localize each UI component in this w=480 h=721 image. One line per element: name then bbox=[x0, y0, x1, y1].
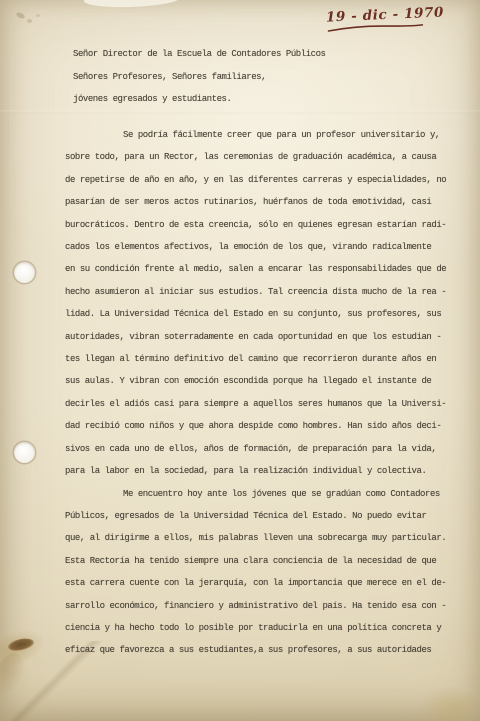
paper-speck bbox=[36, 14, 40, 17]
punch-hole bbox=[14, 442, 35, 463]
typed-line: dad recibió como niños y que ahora despi… bbox=[65, 415, 446, 437]
paper-speck bbox=[15, 11, 25, 19]
typed-line: sivos en cada uno de ellos, años de form… bbox=[65, 438, 446, 460]
typed-line: sobre todo, para un Rector, las ceremoni… bbox=[65, 146, 446, 168]
salutation-block: Señor Director de la Escuela de Contador… bbox=[73, 43, 326, 111]
typed-line: de repetirse de año en año, y en las dif… bbox=[65, 169, 446, 191]
typed-line: jóvenes egresados y estudiantes. bbox=[73, 88, 326, 111]
typed-line: sarrollo económico, financiero y adminis… bbox=[65, 595, 446, 617]
typed-line: ciencia y ha hecho todo lo posible por t… bbox=[65, 617, 446, 639]
typed-line: autoridades, vibran soterradamente en ca… bbox=[65, 326, 446, 348]
typed-line: pasarían de ser meros actos rutinarios, … bbox=[65, 191, 446, 213]
typed-line: cados los elementos afectivos, la emoció… bbox=[65, 236, 446, 258]
punch-hole bbox=[14, 262, 35, 283]
typed-line: hecho asumieron al iniciar sus estudios.… bbox=[65, 281, 446, 303]
paper-sheet: 19 - dic - 1970 Señor Director de la Esc… bbox=[0, 0, 480, 721]
paper-crease bbox=[0, 110, 480, 114]
paragraph: Me encuentro hoy ante los jóvenes que se… bbox=[65, 483, 446, 662]
typed-line: Esta Rectoría ha tenido siempre una clar… bbox=[65, 550, 446, 572]
typed-line: burocráticos. Dentro de esta creencia, s… bbox=[65, 214, 446, 236]
typed-line: Señores Profesores, Señores familiares, bbox=[73, 66, 326, 89]
speech-body: Se podría fácilmente creer que para un p… bbox=[65, 124, 446, 662]
paragraph: Se podría fácilmente creer que para un p… bbox=[65, 124, 446, 483]
typed-line: sus aulas. Y vibran con emoción escondid… bbox=[65, 370, 446, 392]
typed-line: esta carrera cuente con la jerarquía, co… bbox=[65, 572, 446, 594]
typed-line: que, al dirigirme a ellos, mis palabras … bbox=[65, 527, 446, 549]
typed-line: Se podría fácilmente creer que para un p… bbox=[65, 124, 446, 146]
typed-line: Públicos, egresados de la Universidad Té… bbox=[65, 505, 446, 527]
typed-line: para la labor en la sociedad, para la re… bbox=[65, 460, 446, 482]
typed-line: tes llegan al término definitivo del cam… bbox=[65, 348, 446, 370]
typed-line: Me encuentro hoy ante los jóvenes que se… bbox=[65, 483, 446, 505]
handwritten-date-text: 19 - dic - 1970 bbox=[326, 4, 445, 25]
handwritten-date: 19 - dic - 1970 bbox=[326, 3, 445, 32]
paper-stain bbox=[420, 686, 476, 721]
paper-speck bbox=[27, 19, 32, 23]
typed-line: decirles el adiós casi para siempre a aq… bbox=[65, 393, 446, 415]
typed-line: Señor Director de la Escuela de Contador… bbox=[73, 43, 326, 66]
typed-line: en su condición frente al medio, salen a… bbox=[65, 258, 446, 280]
typed-line: eficaz que favorezca a sus estudiantes,a… bbox=[65, 639, 446, 661]
typed-line: lidad. La Universidad Técnica del Estado… bbox=[65, 303, 446, 325]
paper-tear bbox=[84, 0, 180, 8]
